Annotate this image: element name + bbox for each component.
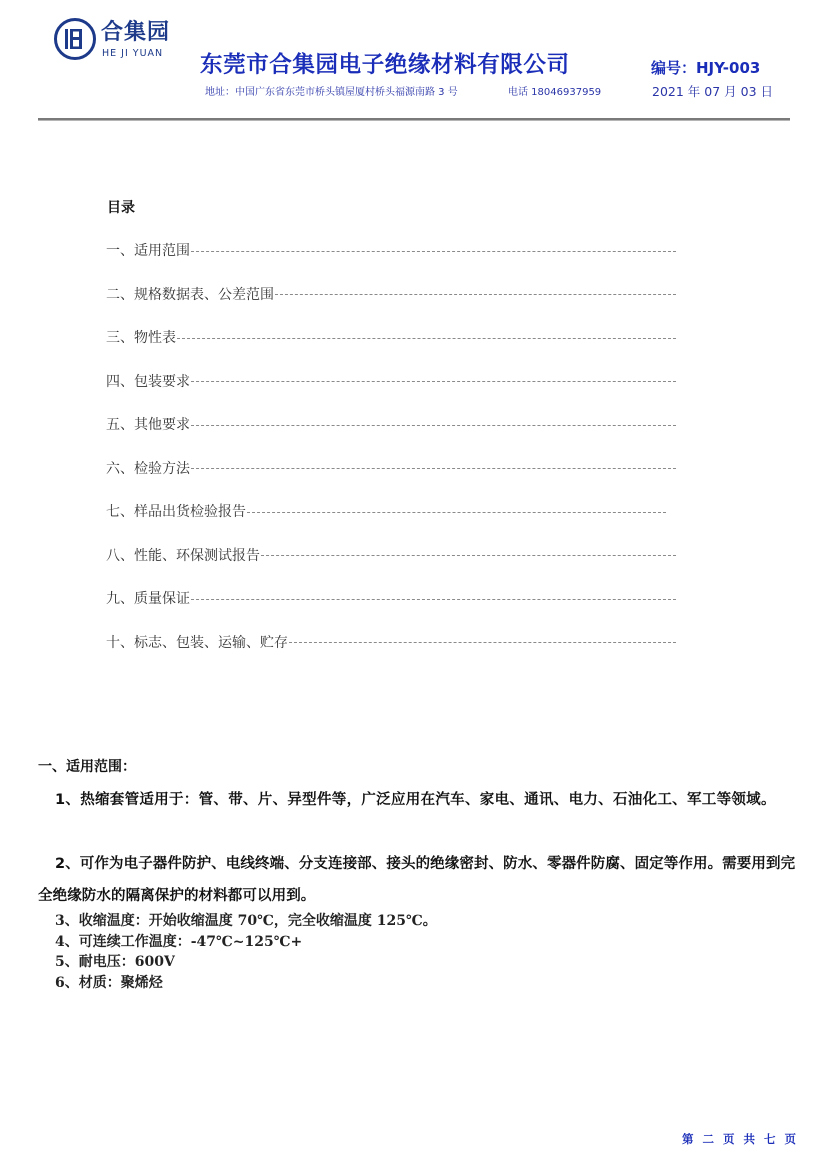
toc-item-label: 七、样品出货检验报告	[106, 501, 246, 521]
toc-item[interactable]: 四、包装要求	[106, 371, 676, 391]
toc-item[interactable]: 九、质量保证	[106, 588, 676, 608]
spec-item: 5、耐电压：600V	[55, 952, 437, 973]
hjy-monogram-icon	[54, 18, 96, 60]
toc-item[interactable]: 七、样品出货检验报告	[106, 501, 676, 521]
toc-item[interactable]: 二、规格数据表、公差范围	[106, 284, 676, 304]
toc-item-label: 十、标志、包装、运输、贮存	[106, 632, 288, 652]
spec-item: 4、可连续工作温度：-47℃~125℃+	[55, 932, 437, 953]
toc-item-label: 四、包装要求	[106, 371, 190, 391]
toc-leader	[191, 251, 676, 252]
logo-english-name: HE JI YUAN	[102, 48, 163, 60]
header-divider	[38, 118, 790, 121]
spec-list: 3、收缩温度：开始收缩温度 70℃，完全收缩温度 125℃。 4、可连续工作温度…	[55, 911, 437, 993]
toc-title: 目录	[107, 199, 135, 217]
toc-item-label: 三、物性表	[106, 327, 176, 347]
toc-leader	[247, 512, 666, 513]
toc-leader	[289, 642, 676, 643]
company-phone: 电话 18046937959	[508, 86, 601, 100]
company-logo: 合集园 HE JI YUAN	[54, 18, 204, 70]
toc-item-label: 五、其他要求	[106, 414, 190, 434]
table-of-contents: 一、适用范围 二、规格数据表、公差范围 三、物性表 四、包装要求 五、其他要求 …	[106, 240, 676, 675]
toc-item-label: 二、规格数据表、公差范围	[106, 284, 274, 304]
page-number: 第 二 页 共 七 页	[682, 1131, 799, 1147]
section-paragraph: 2、可作为电子器件防护、电线终端、分支连接部、接头的绝缘密封、防水、零器件防腐、…	[38, 848, 798, 912]
spec-item: 6、材质：聚烯烃	[55, 973, 437, 994]
document-code: 编号：HJY-003	[651, 58, 760, 78]
spec-item: 3、收缩温度：开始收缩温度 70℃，完全收缩温度 125℃。	[55, 911, 437, 932]
toc-item[interactable]: 十、标志、包装、运输、贮存	[106, 632, 676, 652]
section-title: 一、适用范围：	[38, 758, 136, 776]
toc-item-label: 一、适用范围	[106, 240, 190, 260]
document-date: 2021 年 07 月 03 日	[652, 84, 773, 100]
toc-item[interactable]: 五、其他要求	[106, 414, 676, 434]
logo-chinese-name: 合集园	[101, 20, 170, 46]
company-name: 东莞市合集园电子绝缘材料有限公司	[200, 50, 570, 80]
toc-item[interactable]: 三、物性表	[106, 327, 676, 347]
toc-leader	[191, 468, 676, 469]
toc-item-label: 九、质量保证	[106, 588, 190, 608]
toc-item[interactable]: 六、检验方法	[106, 458, 676, 478]
toc-item-label: 八、性能、环保测试报告	[106, 545, 260, 565]
toc-leader	[261, 555, 676, 556]
toc-item[interactable]: 一、适用范围	[106, 240, 676, 260]
toc-leader	[191, 381, 676, 382]
toc-leader	[177, 338, 676, 339]
toc-item[interactable]: 八、性能、环保测试报告	[106, 545, 676, 565]
toc-leader	[191, 425, 676, 426]
toc-leader	[191, 599, 676, 600]
section-paragraph: 1、热缩套管适用于：管、带、片、异型件等，广泛应用在汽车、家电、通讯、电力、石油…	[38, 784, 798, 816]
toc-leader	[275, 294, 676, 295]
toc-item-label: 六、检验方法	[106, 458, 190, 478]
company-address: 地址：中国广东省东莞市桥头镇屋厦村桥头福源南路 3 号	[205, 86, 458, 100]
